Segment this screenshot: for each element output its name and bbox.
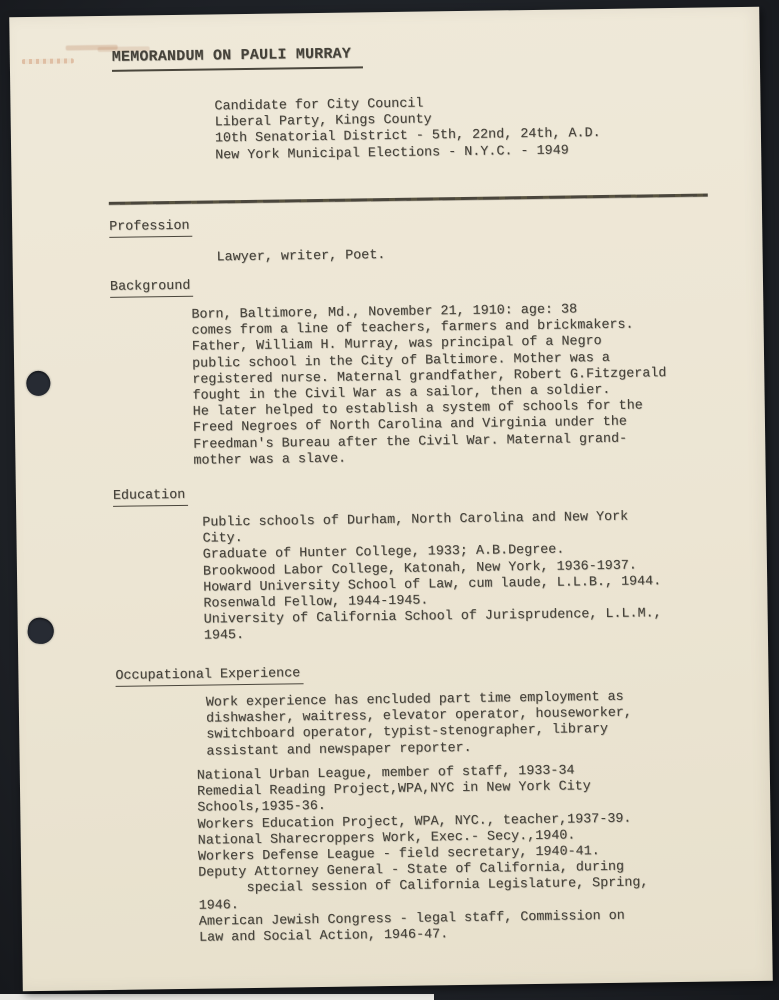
section-body-occupational-paragraph-1: Work experience has encluded part time e… <box>206 690 633 761</box>
section-body-education: Public schools of Durham, North Carolina… <box>202 509 662 645</box>
section-heading-profession: Profession <box>109 219 193 238</box>
candidate-header: Candidate for City Council Liberal Party… <box>214 94 601 164</box>
scanner-edge-strip <box>0 994 434 1000</box>
ink-smudge <box>22 58 74 64</box>
memo-title: MEMORANDUM ON PAULI MURRAY <box>112 45 364 72</box>
divider-line <box>109 194 708 205</box>
memo-page: MEMORANDUM ON PAULI MURRAY Candidate for… <box>9 7 773 991</box>
section-heading-background: Background <box>110 279 194 298</box>
hole-punch-top <box>26 371 50 396</box>
section-heading-education: Education <box>113 488 189 507</box>
section-body-background: Born, Baltimore, Md., November 21, 1910:… <box>191 301 667 470</box>
scan-background: MEMORANDUM ON PAULI MURRAY Candidate for… <box>0 0 779 1000</box>
section-body-profession: Lawyer, writer, Poet. <box>217 248 386 267</box>
hole-punch-bottom <box>26 616 55 645</box>
section-body-occupational-paragraph-2: National Urban League, member of staff, … <box>197 762 649 947</box>
section-heading-occupational-experience: Occupational Experience <box>115 666 303 687</box>
